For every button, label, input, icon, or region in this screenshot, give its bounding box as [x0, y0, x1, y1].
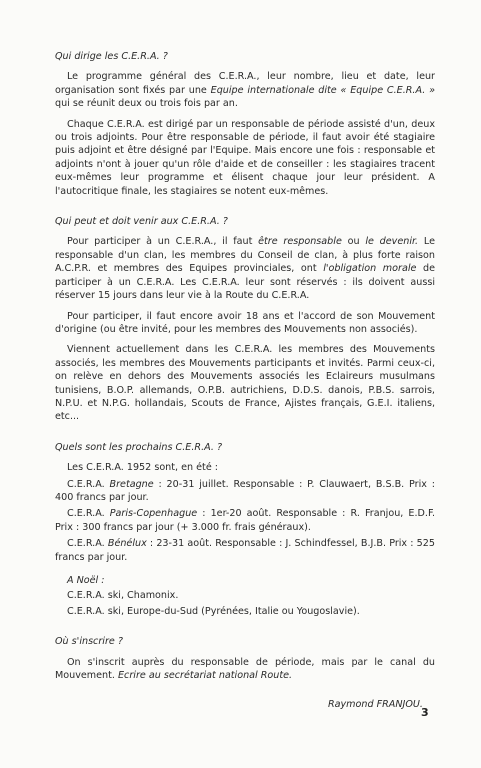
document-body: Qui dirige les C.E.R.A. ?Le programme gé…: [55, 50, 435, 712]
paragraph: Pour participer à un C.E.R.A., il faut ê…: [55, 235, 435, 302]
paragraph: Viennent actuellement dans les C.E.R.A. …: [55, 343, 435, 423]
section-heading: Où s'inscrire ?: [55, 635, 435, 648]
paragraph: Chaque C.E.R.A. est dirigé par un respon…: [55, 118, 435, 198]
paragraph: C.E.R.A. ski, Europe-du-Sud (Pyrénées, I…: [55, 605, 435, 618]
paragraph: C.E.R.A. Bretagne : 20-31 juillet. Respo…: [55, 478, 435, 505]
paragraph: C.E.R.A. ski, Chamonix.: [55, 589, 435, 602]
paragraph: Les C.E.R.A. 1952 sont, en été :: [55, 461, 435, 474]
paragraph: Le programme général des C.E.R.A., leur …: [55, 70, 435, 110]
paragraph: Pour participer, il faut encore avoir 18…: [55, 310, 435, 337]
page-number: 3: [421, 706, 429, 719]
section-heading: Qui dirige les C.E.R.A. ?: [55, 50, 435, 63]
signature: Raymond FRANJOU.: [55, 698, 435, 711]
section-heading: Quels sont les prochains C.E.R.A. ?: [55, 441, 435, 454]
paragraph: A Noël :: [55, 574, 435, 587]
paragraph: C.E.R.A. Paris-Copenhague : 1er-20 août.…: [55, 507, 435, 534]
paragraph: On s'inscrit auprès du responsable de pé…: [55, 656, 435, 683]
paragraph: C.E.R.A. Bénélux : 23-31 août. Responsab…: [55, 537, 435, 564]
section-heading: Qui peut et doit venir aux C.E.R.A. ?: [55, 215, 435, 228]
